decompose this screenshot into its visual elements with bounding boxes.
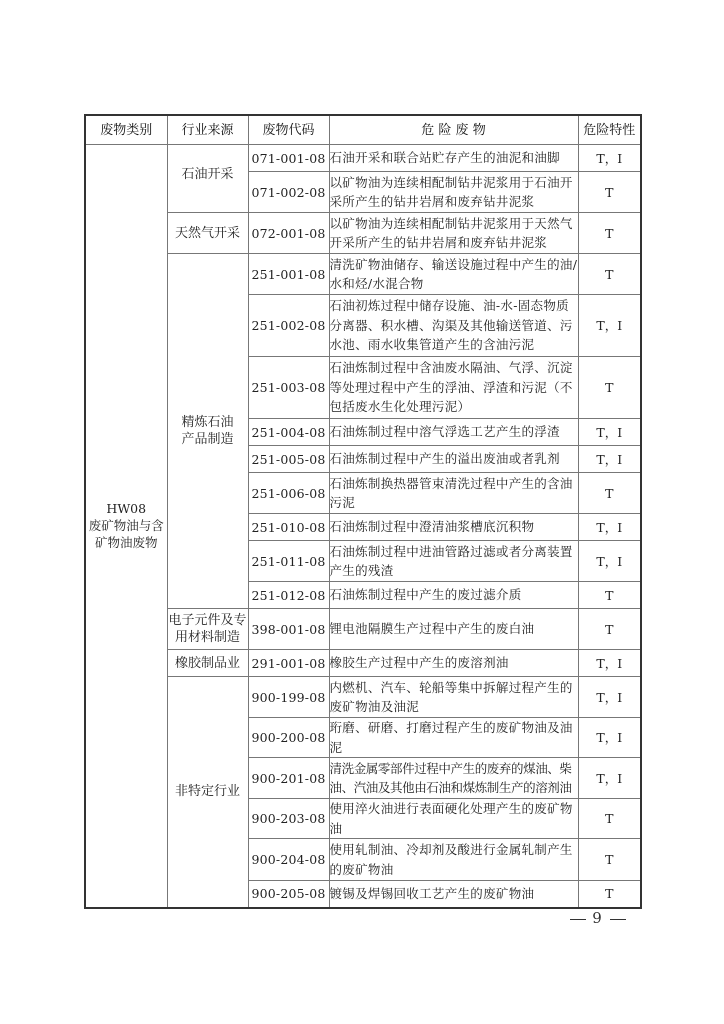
hazard-property: T，I: [578, 145, 641, 172]
source-label-line2: 用材料制造: [168, 629, 248, 646]
hazard-property: T，I: [578, 758, 641, 799]
hazard-property: T，I: [578, 650, 641, 677]
header-hazardous-waste: 危 险 废 物: [329, 115, 578, 145]
waste-code: 251-010-08: [248, 514, 329, 541]
waste-code: 900-204-08: [248, 839, 329, 881]
waste-description: 石油炼制过程中产生的溢出废油或者乳剂: [329, 446, 578, 473]
waste-code: 900-201-08: [248, 758, 329, 799]
dash-right: [610, 919, 626, 920]
hazard-property: T: [578, 172, 641, 213]
waste-code: 398-001-08: [248, 609, 329, 650]
waste-code: 251-003-08: [248, 357, 329, 419]
waste-code: 251-002-08: [248, 295, 329, 357]
hazard-property: T，I: [578, 514, 641, 541]
category-cell: HW08 废矿物油与含 矿物油废物: [85, 145, 167, 908]
waste-description: 使用轧制油、冷却剂及酸进行金属轧制产生的废矿物油: [329, 839, 578, 881]
source-label: 石油开采: [168, 166, 248, 183]
waste-description: 以矿物油为连续相配制钻井泥浆用于石油开采所产生的钻井岩屑和废弃钻井泥浆: [329, 172, 578, 213]
waste-description: 镀锡及焊锡回收工艺产生的废矿物油: [329, 881, 578, 908]
hazard-property: T: [578, 839, 641, 881]
hazard-property: T，I: [578, 419, 641, 446]
document-page: 废物类别 行业来源 废物代码 危 险 废 物 危险特性 HW08 废矿物油与含 …: [0, 0, 724, 1024]
source-nonspecific: 非特定行业: [167, 677, 248, 908]
waste-code: 291-001-08: [248, 650, 329, 677]
waste-description: 石油初炼过程中储存设施、油-水-固态物质分离器、积水槽、沟渠及其他输送管道、污水…: [329, 295, 578, 357]
header-hazard-property: 危险特性: [578, 115, 641, 145]
hazard-property: T: [578, 357, 641, 419]
waste-code: 900-200-08: [248, 718, 329, 758]
waste-description: 清洗矿物油储存、输送设施过程中产生的油/水和烃/水混合物: [329, 254, 578, 295]
hazard-property: T: [578, 254, 641, 295]
waste-code: 900-199-08: [248, 677, 329, 718]
hazardous-waste-table: 废物类别 行业来源 废物代码 危 险 废 物 危险特性 HW08 废矿物油与含 …: [84, 114, 642, 909]
table-row: 非特定行业 900-199-08 内燃机、汽车、轮船等集中拆解过程产生的废矿物油…: [85, 677, 641, 718]
waste-code: 251-005-08: [248, 446, 329, 473]
waste-description: 石油炼制过程中溶气浮选工艺产生的浮渣: [329, 419, 578, 446]
hazard-property: T，I: [578, 677, 641, 718]
hazard-property: T，I: [578, 718, 641, 758]
source-electronics: 电子元件及专 用材料制造: [167, 609, 248, 650]
page-number: 9: [562, 909, 634, 927]
category-name-line1: 废矿物油与含: [86, 517, 167, 534]
hazard-property: T: [578, 609, 641, 650]
waste-code: 251-001-08: [248, 254, 329, 295]
source-oil-extraction: 石油开采: [167, 145, 248, 213]
header-waste-code: 废物代码: [248, 115, 329, 145]
hazard-property: T: [578, 473, 641, 514]
hazard-property: T，I: [578, 446, 641, 473]
header-category: 废物类别: [85, 115, 167, 145]
waste-code: 251-012-08: [248, 582, 329, 609]
source-rubber: 橡胶制品业: [167, 650, 248, 677]
table-row: 天然气开采 072-001-08 以矿物油为连续相配制钻井泥浆用于天然气开采所产…: [85, 213, 641, 254]
waste-code: 900-203-08: [248, 799, 329, 839]
dash-left: [570, 919, 586, 920]
waste-code: 072-001-08: [248, 213, 329, 254]
waste-description: 石油开采和联合站贮存产生的油泥和油脚: [329, 145, 578, 172]
waste-description: 锂电池隔膜生产过程中产生的废白油: [329, 609, 578, 650]
waste-description: 石油炼制过程中进油管路过滤或者分离装置产生的残渣: [329, 541, 578, 582]
waste-code: 071-001-08: [248, 145, 329, 172]
page-number-value: 9: [592, 909, 604, 927]
hazard-property: T: [578, 799, 641, 839]
table-header-row: 废物类别 行业来源 废物代码 危 险 废 物 危险特性: [85, 115, 641, 145]
waste-description: 清洗金属零部件过程中产生的废弃的煤油、柴油、汽油及其他由石油和煤炼制生产的溶剂油: [329, 758, 578, 799]
table-row: 橡胶制品业 291-001-08 橡胶生产过程中产生的废溶剂油 T，I: [85, 650, 641, 677]
source-gas-extraction: 天然气开采: [167, 213, 248, 254]
table-row: 电子元件及专 用材料制造 398-001-08 锂电池隔膜生产过程中产生的废白油…: [85, 609, 641, 650]
category-name-line2: 矿物油废物: [86, 534, 167, 551]
waste-code: 251-004-08: [248, 419, 329, 446]
hazard-property: T: [578, 881, 641, 908]
hazard-property: T: [578, 213, 641, 254]
source-label-line2: 产品制造: [168, 431, 248, 448]
source-label-line1: 电子元件及专: [168, 612, 248, 629]
table-row: 精炼石油 产品制造 251-001-08 清洗矿物油储存、输送设施过程中产生的油…: [85, 254, 641, 295]
header-industry-source: 行业来源: [167, 115, 248, 145]
waste-code: 900-205-08: [248, 881, 329, 908]
waste-description: 石油炼制过程中含油废水隔油、气浮、沉淀等处理过程中产生的浮油、浮渣和污泥（不包括…: [329, 357, 578, 419]
waste-description: 以矿物油为连续相配制钻井泥浆用于天然气开采所产生的钻井岩屑和废弃钻井泥浆: [329, 213, 578, 254]
waste-code: 251-011-08: [248, 541, 329, 582]
source-petroleum-refining: 精炼石油 产品制造: [167, 254, 248, 609]
waste-description: 珩磨、研磨、打磨过程产生的废矿物油及油泥: [329, 718, 578, 758]
hazard-property: T，I: [578, 295, 641, 357]
waste-description: 石油炼制换热器管束清洗过程中产生的含油污泥: [329, 473, 578, 514]
waste-description: 橡胶生产过程中产生的废溶剂油: [329, 650, 578, 677]
hazard-property: T: [578, 582, 641, 609]
waste-description: 石油炼制过程中澄清油浆槽底沉积物: [329, 514, 578, 541]
source-label-line1: 精炼石油: [168, 414, 248, 431]
waste-description: 使用淬火油进行表面硬化处理产生的废矿物油: [329, 799, 578, 839]
waste-description: 石油炼制过程中产生的废过滤介质: [329, 582, 578, 609]
waste-code: 251-006-08: [248, 473, 329, 514]
table-row: HW08 废矿物油与含 矿物油废物 石油开采 071-001-08 石油开采和联…: [85, 145, 641, 172]
category-code: HW08: [86, 500, 167, 517]
waste-description: 内燃机、汽车、轮船等集中拆解过程产生的废矿物油及油泥: [329, 677, 578, 718]
waste-code: 071-002-08: [248, 172, 329, 213]
hazard-property: T，I: [578, 541, 641, 582]
